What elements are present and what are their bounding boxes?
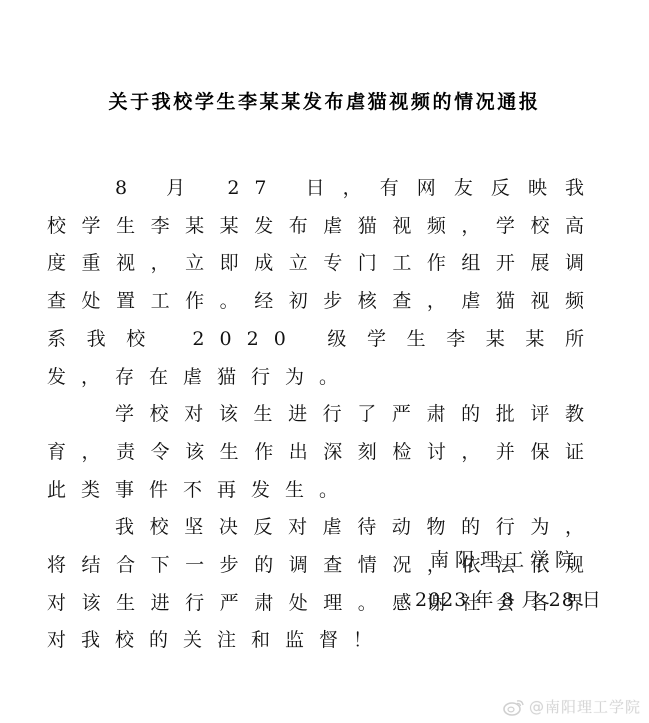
notice-title: 关于我校学生李某某发布虐猫视频的情况通报	[0, 90, 649, 114]
weibo-icon	[503, 698, 525, 716]
paragraph-1: 8 月 27 日，有网友反映我校学生李某某发布虐猫视频，学校高度重视，立即成立专…	[47, 170, 599, 396]
signature-organization: 南阳理工学院	[430, 545, 580, 575]
weibo-watermark: @南阳理工学院	[503, 696, 641, 717]
watermark-text: @南阳理工学院	[529, 696, 641, 717]
signature-date: 2023 年 8 月 28 日	[415, 585, 602, 615]
paragraph-2: 学校对该生进行了严肃的批评教育，责令该生作出深刻检讨，并保证此类事件不再发生。	[47, 396, 599, 509]
